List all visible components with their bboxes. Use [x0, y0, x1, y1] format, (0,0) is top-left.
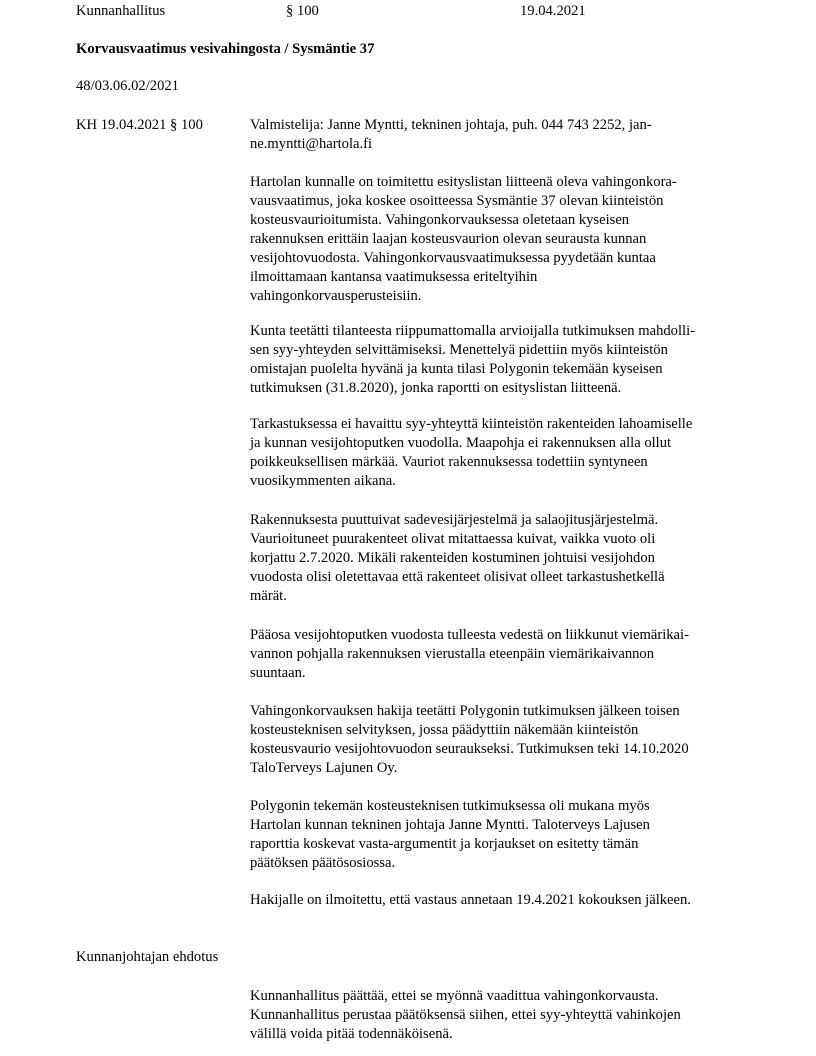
body-paragraph: Polygonin tekemän kosteusteknisen tutkim… [250, 797, 650, 873]
body-paragraph: Rakennuksesta puuttuivat sadevesijärjest… [250, 511, 665, 606]
text-line: vuodosta olisi oletettavaa että rakentee… [250, 568, 665, 587]
preparer-paragraph: Valmistelija: Janne Myntti, tekninen joh… [250, 116, 652, 154]
text-line: Vaurioituneet puurakenteet olivat mitatt… [250, 530, 665, 549]
text-line: poikkeuksellisen märkää. Vauriot rakennu… [250, 453, 692, 472]
text-line: Hakijalle on ilmoitettu, että vastaus an… [250, 891, 691, 910]
text-line: vesijohtovuodosta. Vahingonkorvausvaatim… [250, 249, 677, 268]
text-line: päätöksen päätösosiossa. [250, 854, 650, 873]
body-paragraph: Vahingonkorvauksen hakija teetätti Polyg… [250, 702, 689, 778]
text-line: Hartolan kunnan tekninen johtaja Janne M… [250, 816, 650, 835]
proposal-paragraph: Kunnanhallitus päättää, ettei se myönnä … [250, 987, 681, 1044]
text-line: vausvaatimus, joka koskee osoitteessa Sy… [250, 192, 677, 211]
meeting-reference: KH 19.04.2021 § 100 [76, 116, 203, 135]
body-paragraph: Hartolan kunnalle on toimitettu esitysli… [250, 173, 677, 306]
text-line: Kunnanhallitus perustaa päätöksensä siih… [250, 1006, 681, 1025]
text-line: kosteusteknisen selvityksen, jossa päädy… [250, 721, 689, 740]
text-line: raporttia koskevat vasta-argumentit ja k… [250, 835, 650, 854]
text-line: korjattu 2.7.2020. Mikäli rakenteiden ko… [250, 549, 665, 568]
document-title: Korvausvaatimus vesivahingosta / Sysmänt… [76, 40, 374, 59]
document-number: 48/03.06.02/2021 [76, 77, 179, 96]
text-line: kosteusvaurioitumista. Vahingonkorvaukse… [250, 211, 677, 230]
text-line: rakennuksen erittäin laajan kosteusvauri… [250, 230, 677, 249]
text-line: Tarkastuksessa ei havaittu syy-yhteyttä … [250, 415, 692, 434]
text-line: ja kunnan vesijohtoputken vuodolla. Maap… [250, 434, 692, 453]
text-line: Valmistelija: Janne Myntti, tekninen joh… [250, 116, 652, 135]
body-paragraph: Hakijalle on ilmoitettu, että vastaus an… [250, 891, 691, 910]
proposal-label: Kunnanjohtajan ehdotus [76, 948, 218, 967]
text-line: vannon pohjalla rakennuksen vierustalla … [250, 645, 689, 664]
text-line: Pääosa vesijohtoputken vuodosta tulleest… [250, 626, 689, 645]
body-paragraph: Pääosa vesijohtoputken vuodosta tulleest… [250, 626, 689, 683]
text-line: Vahingonkorvauksen hakija teetätti Polyg… [250, 702, 689, 721]
text-line: vuosikymmenten aikana. [250, 472, 692, 491]
text-line: omistajan puolelta hyvänä ja kunta tilas… [250, 360, 695, 379]
body-paragraph: Kunta teetätti tilanteesta riippumattoma… [250, 322, 695, 398]
text-line: märät. [250, 587, 665, 606]
text-line: tutkimuksen (31.8.2020), jonka raportti … [250, 379, 695, 398]
text-line: Polygonin tekemän kosteusteknisen tutkim… [250, 797, 650, 816]
text-line: TaloTerveys Lajunen Oy. [250, 759, 689, 778]
header-organ: Kunnanhallitus [76, 2, 165, 21]
header-section: § 100 [286, 2, 319, 21]
text-line: suuntaan. [250, 664, 689, 683]
text-line: Hartolan kunnalle on toimitettu esitysli… [250, 173, 677, 192]
text-line: sen syy-yhteyden selvittämiseksi. Menett… [250, 341, 695, 360]
header-date: 19.04.2021 [520, 2, 586, 21]
text-line: Rakennuksesta puuttuivat sadevesijärjest… [250, 511, 665, 530]
text-line: kosteusvaurio vesijohtovuodon seurauksek… [250, 740, 689, 759]
text-line: Kunta teetätti tilanteesta riippumattoma… [250, 322, 695, 341]
text-line: Kunnanhallitus päättää, ettei se myönnä … [250, 987, 681, 1006]
body-paragraph: Tarkastuksessa ei havaittu syy-yhteyttä … [250, 415, 692, 491]
text-line: ne.myntti@hartola.fi [250, 135, 652, 154]
text-line: ilmoittamaan kantansa vaatimuksessa erit… [250, 268, 677, 287]
text-line: vahingonkorvausperusteisiin. [250, 287, 677, 306]
text-line: välillä voida pitää todennäköisenä. [250, 1025, 681, 1044]
